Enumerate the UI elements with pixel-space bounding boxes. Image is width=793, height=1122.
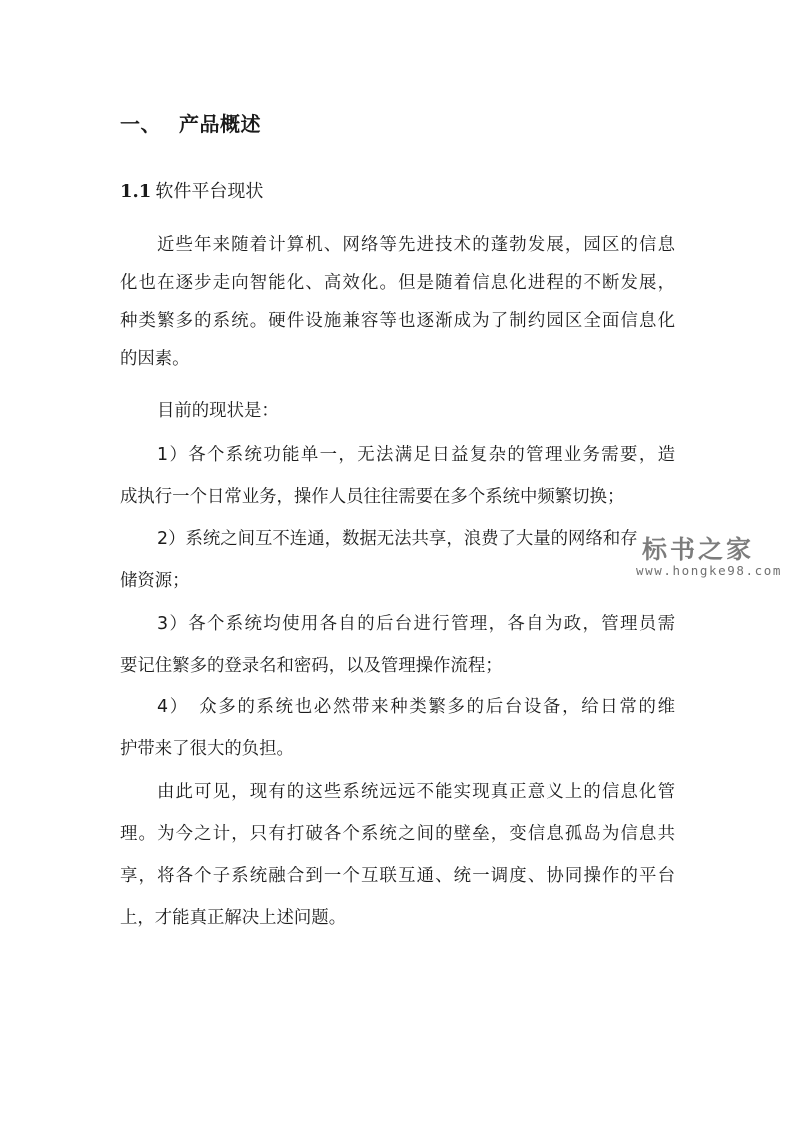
paragraph-line: 上，才能真正解决上述问题。 [120,907,675,929]
document-page: 一、产品概述 1.1软件平台现状 近些年来随着计算机、网络等先进技术的蓬勃发展，… [0,0,793,1122]
list-item-line: 3）各个系统均使用各自的后台进行管理，各自为政，管理员需 [157,613,675,635]
section-heading: 一、产品概述 [120,108,261,137]
paragraph-line: 近些年来随着计算机、网络等先进技术的蓬勃发展，园区的信息 [157,234,675,256]
watermark-logo-text: 标书之家 [642,530,754,566]
paragraph-line: 目前的现状是： [157,400,675,422]
paragraph-line: 化也在逐步走向智能化、高效化。但是随着信息化进程的不断发展， [120,272,675,294]
section-title: 产品概述 [179,112,261,136]
paragraph-line: 理。为今之计，只有打破各个系统之间的壁垒，变信息孤岛为信息共 [120,823,675,845]
list-item-line: 成执行一个日常业务，操作人员往往需要在多个系统中频繁切换； [120,486,675,508]
subsection-heading: 1.1软件平台现状 [120,177,263,203]
list-item-line: 4） 众多的系统也必然带来种类繁多的后台设备，给日常的维 [157,696,675,718]
subsection-number: 1.1 [120,181,151,202]
paragraph-line: 由此可见，现有的这些系统远远不能实现真正意义上的信息化管 [157,781,675,803]
paragraph-line: 享，将各个子系统融合到一个互联互通、统一调度、协同操作的平台 [120,865,675,887]
watermark-url: www.hongke98.com [636,563,782,578]
paragraph-line: 的因素。 [120,348,675,370]
paragraph-line: 种类繁多的系统。硬件设施兼容等也逐渐成为了制约园区全面信息化 [120,310,675,332]
subsection-title: 软件平台现状 [155,181,263,202]
section-number: 一、 [120,112,161,136]
list-item-line: 要记住繁多的登录名和密码，以及管理操作流程； [120,655,675,677]
list-item-line: 1）各个系统功能单一，无法满足日益复杂的管理业务需要，造 [157,444,675,466]
list-item-line: 护带来了很大的负担。 [120,738,675,760]
list-item-line: 储资源； [120,570,675,592]
list-item-line: 2）系统之间互不连通，数据无法共享，浪费了大量的网络和存 [157,528,675,550]
watermark: 标书之家 www.hongke98.com [636,530,786,582]
